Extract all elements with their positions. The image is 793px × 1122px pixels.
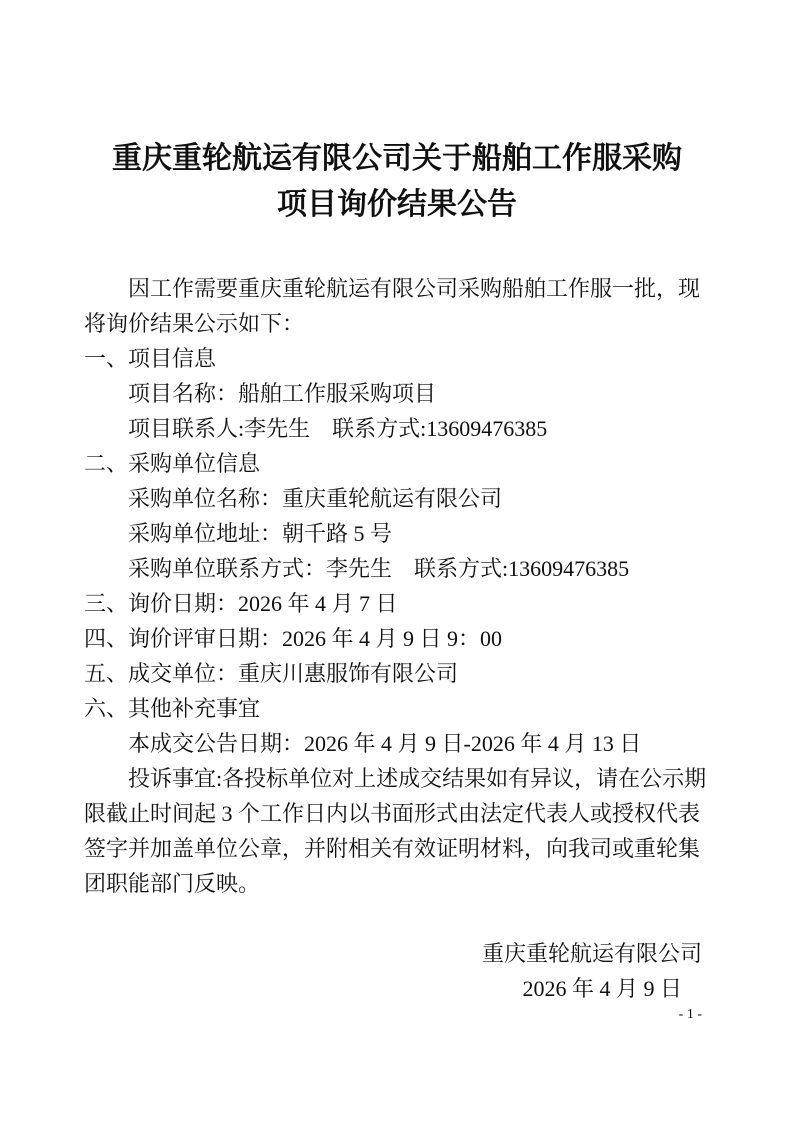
document-title: 重庆重轮航运有限公司关于船舶工作服采购 项目询价结果公告 [84, 136, 710, 228]
document-body: 因工作需要重庆重轮航运有限公司采购船舶工作服一批，现 将询价结果公示如下： 一、… [84, 271, 710, 901]
signature-date: 2026 年 4 月 9 日 [84, 971, 710, 1006]
section-2-heading: 二、采购单位信息 [84, 446, 710, 481]
document-title-line-1: 重庆重轮航运有限公司关于船舶工作服采购 [84, 136, 710, 182]
complaint-line-4: 团职能部门反映。 [84, 866, 710, 901]
purchaser-contact-line: 采购单位联系方式：李先生 联系方式:13609476385 [84, 551, 710, 586]
complaint-line-2: 限截止时间起 3 个工作日内以书面形式由法定代表人或授权代表 [84, 796, 710, 831]
signature-company: 重庆重轮航运有限公司 [84, 936, 710, 971]
document-page: { "title": { "line1": "重庆重轮航运有限公司关于船舶工作服… [0, 0, 793, 1122]
body-line-intro-1: 因工作需要重庆重轮航运有限公司采购船舶工作服一批，现 [84, 271, 710, 306]
section-3-inquiry-date-line: 三、询价日期：2026 年 4 月 7 日 [84, 586, 710, 621]
project-contact-line: 项目联系人:李先生 联系方式:13609476385 [84, 411, 710, 446]
page-number: - 1 - [679, 1006, 702, 1024]
purchaser-name-line: 采购单位名称：重庆重轮航运有限公司 [84, 481, 710, 516]
complaint-line-3: 签字并加盖单位公章，并附相关有效证明材料，向我司或重轮集 [84, 831, 710, 866]
document-title-line-2: 项目询价结果公告 [84, 182, 710, 228]
project-name-line: 项目名称：船舶工作服采购项目 [84, 376, 710, 411]
section-4-review-date-line: 四、询价评审日期：2026 年 4 月 9 日 9：00 [84, 621, 710, 656]
body-line-intro-2: 将询价结果公示如下： [84, 306, 710, 341]
document-content: 重庆重轮航运有限公司关于船舶工作服采购 项目询价结果公告 因工作需要重庆重轮航运… [84, 0, 710, 1006]
section-1-heading: 一、项目信息 [84, 341, 710, 376]
purchaser-address-line: 采购单位地址：朝千路 5 号 [84, 516, 710, 551]
announcement-period-line: 本成交公告日期：2026 年 4 月 9 日-2026 年 4 月 13 日 [84, 726, 710, 761]
section-5-winner-line: 五、成交单位：重庆川惠服饰有限公司 [84, 656, 710, 691]
section-6-heading: 六、其他补充事宜 [84, 691, 710, 726]
complaint-line-1: 投诉事宜:各投标单位对上述成交结果如有异议，请在公示期 [84, 761, 710, 796]
